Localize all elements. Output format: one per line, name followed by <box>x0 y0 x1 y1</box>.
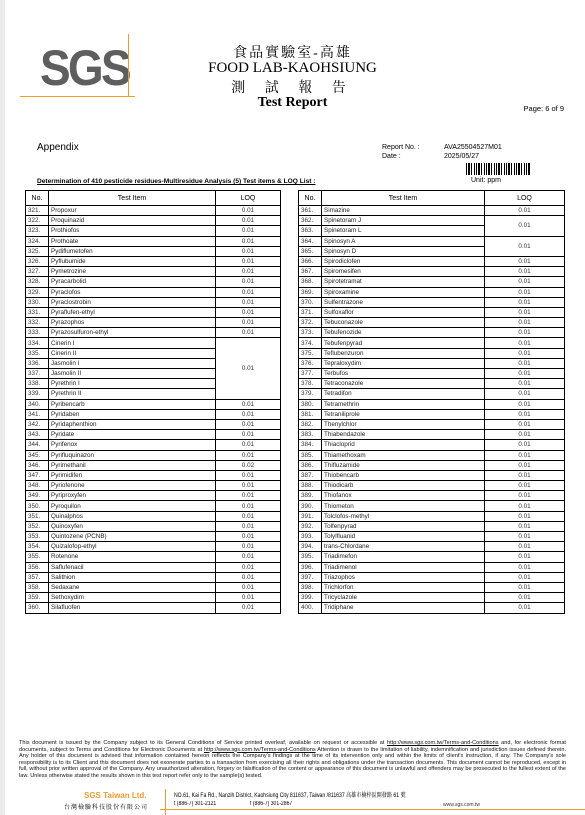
row-number: 371. <box>299 307 322 317</box>
col-header-loq: LOQ <box>216 191 281 206</box>
row-number: 334. <box>26 338 49 348</box>
loq-value: 0.01 <box>216 236 281 246</box>
page-number: Page: 6 of 9 <box>524 104 564 113</box>
table-row: 351.Quinalphos0.01 <box>26 511 281 521</box>
footer-vertical-rule <box>165 789 166 815</box>
row-number: 387. <box>299 470 322 480</box>
loq-value: 0.01 <box>216 318 281 328</box>
row-number: 376. <box>299 358 322 368</box>
table-row: 357.Salithion0.01 <box>26 572 281 582</box>
test-item-name: Quintozene (PCNB) <box>49 532 216 542</box>
table-row: 359.Sethoxydim0.01 <box>26 593 281 603</box>
loq-value: 0.01 <box>485 358 565 368</box>
row-number: 345. <box>26 450 49 460</box>
table-row: 356.Saflufenacil0.01 <box>26 562 281 572</box>
table-row: 393.Tolylfluanid0.01 <box>299 532 565 542</box>
row-number: 370. <box>299 297 322 307</box>
test-item-name: Spiroxamine <box>322 287 485 297</box>
loq-value: 0.02 <box>216 460 281 470</box>
table-row: 374.Tebufenpyrad0.01 <box>299 338 565 348</box>
row-number: 332. <box>26 318 49 328</box>
test-item-name: Tolclofos-methyl <box>322 511 485 521</box>
row-number: 324. <box>26 236 49 246</box>
test-item-name: Tebufenozide <box>322 328 485 338</box>
table-row: 331.Pyraflufen-ethyl0.01 <box>26 307 281 317</box>
row-number: 372. <box>299 318 322 328</box>
company-name-cn: 台灣檢驗科技股份有限公司 <box>52 802 148 811</box>
test-item-name: Pyrimidifen <box>49 470 216 480</box>
company-website: www.sgs.com.tw <box>443 802 480 808</box>
report-type-cn: 測 試 報 告 <box>150 77 435 97</box>
table-row: 353.Quintozene (PCNB)0.01 <box>26 532 281 542</box>
test-item-name: Teflubenzuron <box>322 348 485 358</box>
test-item-name: Tebufenpyrad <box>322 338 485 348</box>
table-row: 366.Spirodiclofen0.01 <box>299 256 565 266</box>
row-number: 359. <box>26 593 49 603</box>
row-number: 322. <box>26 216 49 226</box>
table-row: 370.Sulfentrazone0.01 <box>299 297 565 307</box>
test-item-name: Pyroquilon <box>49 501 216 511</box>
test-item-name: Tolylfluanid <box>322 532 485 542</box>
loq-value: 0.01 <box>485 419 565 429</box>
table-row: 368.Spirotetramat0.01 <box>299 277 565 287</box>
row-number: 389. <box>299 491 322 501</box>
test-item-name: Terbufos <box>322 369 485 379</box>
row-number: 331. <box>26 307 49 317</box>
test-item-name: Rotenone <box>49 552 216 562</box>
loq-value: 0.01 <box>485 318 565 328</box>
table-row: 324.Prothoate0.01 <box>26 236 281 246</box>
row-number: 321. <box>26 206 49 216</box>
row-number: 323. <box>26 226 49 236</box>
row-number: 346. <box>26 460 49 470</box>
disclaimer-text: This document is issued by the Company s… <box>19 740 387 746</box>
row-number: 361. <box>299 206 322 216</box>
loq-value: 0.01 <box>216 552 281 562</box>
test-item-name: Pydiflumetofen <box>49 246 216 256</box>
test-item-name: Pyriofenone <box>49 481 216 491</box>
row-number: 390. <box>299 501 322 511</box>
loq-value: 0.01 <box>485 287 565 297</box>
loq-value: 0.01 <box>485 450 565 460</box>
table-row: 387.Thiobencarb0.01 <box>299 470 565 480</box>
test-item-name: Spinetoram L <box>322 226 485 236</box>
lab-name-cn: 食品實驗室-高雄 <box>150 42 435 62</box>
row-number: 348. <box>26 481 49 491</box>
row-number: 366. <box>299 256 322 266</box>
row-number: 368. <box>299 277 322 287</box>
test-item-name: Pyrimethanil <box>49 460 216 470</box>
loq-value: 0.01 <box>485 409 565 419</box>
loq-value: 0.01 <box>485 430 565 440</box>
row-number: 400. <box>299 603 322 613</box>
row-number: 375. <box>299 348 322 358</box>
row-number: 337. <box>26 369 49 379</box>
table-row: 385.Thiamethoxam0.01 <box>299 450 565 460</box>
test-item-name: Sulfentrazone <box>322 297 485 307</box>
row-number: 335. <box>26 348 49 358</box>
table-row: 340.Pyribencarb0.01 <box>26 399 281 409</box>
loq-value: 0.01 <box>216 481 281 491</box>
test-item-name: Tridiphane <box>322 603 485 613</box>
row-number: 364. <box>299 236 322 246</box>
loq-value: 0.01 <box>485 481 565 491</box>
test-item-name: Tetramethrin <box>322 399 485 409</box>
row-number: 382. <box>299 419 322 429</box>
report-meta: Report No. :AVA25504527M01 Date :2025/05… <box>382 143 502 161</box>
row-number: 373. <box>299 328 322 338</box>
row-number: 351. <box>26 511 49 521</box>
row-number: 378. <box>299 379 322 389</box>
row-number: 350. <box>26 501 49 511</box>
test-item-name: Thiobencarb <box>322 470 485 480</box>
legal-disclaimer: This document is issued by the Company s… <box>19 740 566 780</box>
table-row: 376.Tepraloxydim0.01 <box>299 358 565 368</box>
row-number: 363. <box>299 226 322 236</box>
table-row: 349.Pyriproxyfen0.01 <box>26 491 281 501</box>
report-no: AVA25504527M01 <box>444 144 502 151</box>
table-row: 322.Proquinazid0.01 <box>26 216 281 226</box>
table-row: 394.trans-Chlordane0.01 <box>299 542 565 552</box>
table-row: 343.Pyridate0.01 <box>26 430 281 440</box>
loq-value: 0.01 <box>216 409 281 419</box>
loq-value: 0.01 <box>216 430 281 440</box>
table-row: 345.Pyrifluquinazon0.01 <box>26 450 281 460</box>
test-item-name: Quinalphos <box>49 511 216 521</box>
loq-value: 0.01 <box>216 440 281 450</box>
loq-value: 0.01 <box>216 562 281 572</box>
table-row: 346.Pyrimethanil0.02 <box>26 460 281 470</box>
loq-value: 0.01 <box>485 470 565 480</box>
table-row: 321.Propoxur0.01 <box>26 206 281 216</box>
loq-value: 0.01 <box>485 206 565 216</box>
row-number: 379. <box>299 389 322 399</box>
table-row: 362.Spinetoram J0.01 <box>299 216 565 226</box>
test-item-name: Pyraclofos <box>49 287 216 297</box>
loq-value: 0.01 <box>485 521 565 531</box>
row-number: 356. <box>26 562 49 572</box>
table-row: 384.Thiacloprid0.01 <box>299 440 565 450</box>
loq-value: 0.01 <box>216 491 281 501</box>
row-number: 352. <box>26 521 49 531</box>
row-number: 386. <box>299 460 322 470</box>
row-number: 338. <box>26 379 49 389</box>
loq-value: 0.01 <box>485 297 565 307</box>
test-item-name: Jasmolin I <box>49 358 216 368</box>
row-number: 328. <box>26 277 49 287</box>
test-item-name: Thiodicarb <box>322 481 485 491</box>
loq-value: 0.01 <box>485 440 565 450</box>
table-row: 372.Tebuconazole0.01 <box>299 318 565 328</box>
logo-text: SGS <box>40 40 129 96</box>
loq-value: 0.01 <box>485 511 565 521</box>
test-item-name: Cinerin II <box>49 348 216 358</box>
test-item-name: Pyrethrin II <box>49 389 216 399</box>
row-number: 339. <box>26 389 49 399</box>
table-row: 389.Thiofanox0.01 <box>299 491 565 501</box>
table-row: 333.Pyrazosulfuron-ethyl0.01 <box>26 328 281 338</box>
loq-value: 0.01 <box>216 226 281 236</box>
row-number: 380. <box>299 399 322 409</box>
company-name-en: SGS Taiwan Ltd. <box>84 791 146 800</box>
table-row: 364.Spinosyn A0.01 <box>299 236 565 246</box>
test-item-name: Trichlorfon <box>322 582 485 592</box>
barcode <box>466 163 530 175</box>
table-row: 358.Sedaxane0.01 <box>26 582 281 592</box>
table-row: 342.Pyridaphenthion0.01 <box>26 419 281 429</box>
test-item-name: Simazine <box>322 206 485 216</box>
loq-value: 0.01 <box>485 399 565 409</box>
table-row: 354.Quizalofop-ethyl0.01 <box>26 542 281 552</box>
test-item-name: Pyridaben <box>49 409 216 419</box>
row-number: 333. <box>26 328 49 338</box>
table-row: 397.Triazophos0.01 <box>299 572 565 582</box>
loq-value: 0.01 <box>216 572 281 582</box>
test-item-name: Pyrifluquinazon <box>49 450 216 460</box>
loq-value: 0.01 <box>216 338 281 399</box>
row-number: 395. <box>299 552 322 562</box>
table-row: 391.Tolclofos-methyl0.01 <box>299 511 565 521</box>
terms-link[interactable]: http://www.sgs.com.tw/Terms-and-Conditio… <box>387 740 499 746</box>
table-caption: Determination of 410 pesticide residues-… <box>37 178 315 185</box>
table-row: 395.Triadimefon0.01 <box>299 552 565 562</box>
test-item-name: Tricyclazole <box>322 593 485 603</box>
row-number: 330. <box>26 297 49 307</box>
loq-value: 0.01 <box>216 603 281 613</box>
loq-value: 0.01 <box>485 307 565 317</box>
test-item-name: Sethoxydim <box>49 593 216 603</box>
table-row: 383.Thiabendazole0.01 <box>299 430 565 440</box>
sgs-logo: SGS <box>20 40 130 96</box>
row-number: 362. <box>299 216 322 226</box>
table-row: 325.Pydiflumetofen0.01 <box>26 246 281 256</box>
table-row: 377.Terbufos0.01 <box>299 369 565 379</box>
test-item-name: Salithion <box>49 572 216 582</box>
table-row: 367.Spiromesifen0.01 <box>299 267 565 277</box>
loq-value: 0.01 <box>485 216 565 236</box>
test-item-name: Spirodiclofen <box>322 256 485 266</box>
footer-horizontal-rule <box>160 809 585 810</box>
loq-value: 0.01 <box>216 267 281 277</box>
loq-value: 0.01 <box>485 338 565 348</box>
table-row: 323.Prothiofos0.01 <box>26 226 281 236</box>
test-item-name: Thiamethoxam <box>322 450 485 460</box>
loq-value: 0.01 <box>216 511 281 521</box>
test-item-name: Prothoate <box>49 236 216 246</box>
test-item-name: Pyrifenox <box>49 440 216 450</box>
loq-value: 0.01 <box>216 246 281 256</box>
table-row: 386.Thifluzamide0.01 <box>299 460 565 470</box>
row-number: 399. <box>299 593 322 603</box>
test-item-name: Sulfoxaflor <box>322 307 485 317</box>
test-item-name: Silafluofen <box>49 603 216 613</box>
row-number: 340. <box>26 399 49 409</box>
row-number: 384. <box>299 440 322 450</box>
col-header-no: No. <box>299 191 322 206</box>
row-number: 394. <box>299 542 322 552</box>
loq-value: 0.01 <box>485 267 565 277</box>
col-header-loq: LOQ <box>485 191 565 206</box>
table-row: 330.Pyraclostrobin0.01 <box>26 297 281 307</box>
loq-value: 0.01 <box>485 348 565 358</box>
row-number: 369. <box>299 287 322 297</box>
test-item-name: Pyridaphenthion <box>49 419 216 429</box>
test-item-name: Tebuconazole <box>322 318 485 328</box>
row-number: 392. <box>299 521 322 531</box>
report-no-label: Report No. : <box>382 143 444 152</box>
loq-value: 0.01 <box>216 582 281 592</box>
table-row: 344.Pyrifenox0.01 <box>26 440 281 450</box>
test-item-name: Triazophos <box>322 572 485 582</box>
table-row: 373.Tebufenozide0.01 <box>299 328 565 338</box>
test-item-name: Thiofanox <box>322 491 485 501</box>
loq-value: 0.01 <box>216 256 281 266</box>
company-address: NO.61, Kai Fa Rd., Nanzih District, Kaoh… <box>174 790 406 799</box>
table-row: 382.Thenylchlor0.01 <box>299 419 565 429</box>
test-item-name: Spinetoram J <box>322 216 485 226</box>
row-number: 342. <box>26 419 49 429</box>
loq-value: 0.01 <box>485 603 565 613</box>
loq-value: 0.01 <box>216 501 281 511</box>
date-label: Date : <box>382 152 444 161</box>
loq-value: 0.01 <box>485 328 565 338</box>
loq-value: 0.01 <box>485 532 565 542</box>
table-row: 369.Spiroxamine0.01 <box>299 287 565 297</box>
row-number: 365. <box>299 246 322 256</box>
test-item-name: Sedaxane <box>49 582 216 592</box>
test-item-name: Pyrethrin I <box>49 379 216 389</box>
test-item-name: Propoxur <box>49 206 216 216</box>
logo-horizontal-rule <box>20 96 135 97</box>
table-row: 388.Thiodicarb0.01 <box>299 481 565 491</box>
loq-value: 0.01 <box>485 369 565 379</box>
test-item-name: Pyracarbolid <box>49 277 216 287</box>
loq-value: 0.01 <box>216 287 281 297</box>
test-item-name: Jasmolin II <box>49 369 216 379</box>
test-item-name: Spiromesifen <box>322 267 485 277</box>
row-number: 343. <box>26 430 49 440</box>
loq-value: 0.01 <box>485 256 565 266</box>
lab-name-en: FOOD LAB-KAOHSIUNG <box>150 60 435 77</box>
table-row: 350.Pyroquilon0.01 <box>26 501 281 511</box>
loq-value: 0.01 <box>216 307 281 317</box>
loq-value: 0.01 <box>216 216 281 226</box>
test-item-name: Pymetrozine <box>49 267 216 277</box>
row-number: 326. <box>26 256 49 266</box>
loq-value: 0.01 <box>485 491 565 501</box>
table-divider <box>281 190 298 616</box>
test-item-name: Tetraconazole <box>322 379 485 389</box>
row-number: 388. <box>299 481 322 491</box>
electronic-terms-link[interactable]: http://www.sgs.com.tw/Terms-and-Conditio… <box>204 747 316 753</box>
loq-value: 0.01 <box>485 501 565 511</box>
table-row: 371.Sulfoxaflor0.01 <box>299 307 565 317</box>
loq-value: 0.01 <box>485 379 565 389</box>
test-item-name: Spinosyn A <box>322 236 485 246</box>
table-row: 361.Simazine0.01 <box>299 206 565 216</box>
loq-value: 0.01 <box>216 593 281 603</box>
test-item-name: Tepraloxydim <box>322 358 485 368</box>
test-item-name: Cinerin I <box>49 338 216 348</box>
test-item-name: Prothiofos <box>49 226 216 236</box>
table-row: 332.Pyrazophos0.01 <box>26 318 281 328</box>
loq-value: 0.01 <box>485 562 565 572</box>
row-number: 381. <box>299 409 322 419</box>
table-row: 396.Triadimenol0.01 <box>299 562 565 572</box>
row-number: 360. <box>26 603 49 613</box>
loq-value: 0.01 <box>485 552 565 562</box>
row-number: 393. <box>299 532 322 542</box>
loq-value: 0.01 <box>216 399 281 409</box>
unit-label: Unit: ppm <box>471 177 501 184</box>
table-row: 352.Quinoxyfen0.01 <box>26 521 281 531</box>
row-number: 377. <box>299 369 322 379</box>
table-row: 375.Teflubenzuron0.01 <box>299 348 565 358</box>
loq-value: 0.01 <box>216 542 281 552</box>
row-number: 327. <box>26 267 49 277</box>
loq-value: 0.01 <box>216 277 281 287</box>
test-item-name: Pyridate <box>49 430 216 440</box>
row-number: 353. <box>26 532 49 542</box>
row-number: 336. <box>26 358 49 368</box>
row-number: 354. <box>26 542 49 552</box>
loq-value: 0.01 <box>216 206 281 216</box>
test-item-name: trans-Chlordane <box>322 542 485 552</box>
company-phone: t (886-7) 301-2121 <box>174 801 216 807</box>
loq-value: 0.01 <box>485 277 565 287</box>
col-header-item: Test Item <box>322 191 485 206</box>
page-margin-strip <box>0 0 5 815</box>
appendix-title: Appendix <box>37 142 79 153</box>
table-row: 379.Tetradifon0.01 <box>299 389 565 399</box>
test-item-name: Pyriproxyfen <box>49 491 216 501</box>
table-row: 381.Tetraniliprole0.01 <box>299 409 565 419</box>
loq-value: 0.01 <box>216 419 281 429</box>
test-item-name: Triadimefon <box>322 552 485 562</box>
row-number: 349. <box>26 491 49 501</box>
test-item-name: Triadimenol <box>322 562 485 572</box>
loq-table-right: No. Test Item LOQ 361.Simazine0.01362.Sp… <box>298 190 565 614</box>
row-number: 325. <box>26 246 49 256</box>
table-row: 380.Tetramethrin0.01 <box>299 399 565 409</box>
row-number: 397. <box>299 572 322 582</box>
row-number: 398. <box>299 582 322 592</box>
loq-value: 0.01 <box>485 389 565 399</box>
table-row: 360.Silafluofen0.01 <box>26 603 281 613</box>
test-item-name: Tetraniliprole <box>322 409 485 419</box>
row-number: 374. <box>299 338 322 348</box>
row-number: 391. <box>299 511 322 521</box>
row-number: 385. <box>299 450 322 460</box>
loq-value: 0.01 <box>485 542 565 552</box>
test-item-name: Proquinazid <box>49 216 216 226</box>
test-item-name: Spinosyn D <box>322 246 485 256</box>
test-item-name: Thiometon <box>322 501 485 511</box>
table-row: 390.Thiometon0.01 <box>299 501 565 511</box>
col-header-item: Test Item <box>49 191 216 206</box>
test-item-name: Pyflubumide <box>49 256 216 266</box>
table-row: 400.Tridiphane0.01 <box>299 603 565 613</box>
test-item-name: Thifluzamide <box>322 460 485 470</box>
row-number: 341. <box>26 409 49 419</box>
row-number: 383. <box>299 430 322 440</box>
table-row: 399.Tricyclazole0.01 <box>299 593 565 603</box>
table-row: 398.Trichlorfon0.01 <box>299 582 565 592</box>
table-row: 348.Pyriofenone0.01 <box>26 481 281 491</box>
report-date: 2025/05/27 <box>444 153 479 160</box>
test-item-name: Pyribencarb <box>49 399 216 409</box>
test-item-name: Spirotetramat <box>322 277 485 287</box>
